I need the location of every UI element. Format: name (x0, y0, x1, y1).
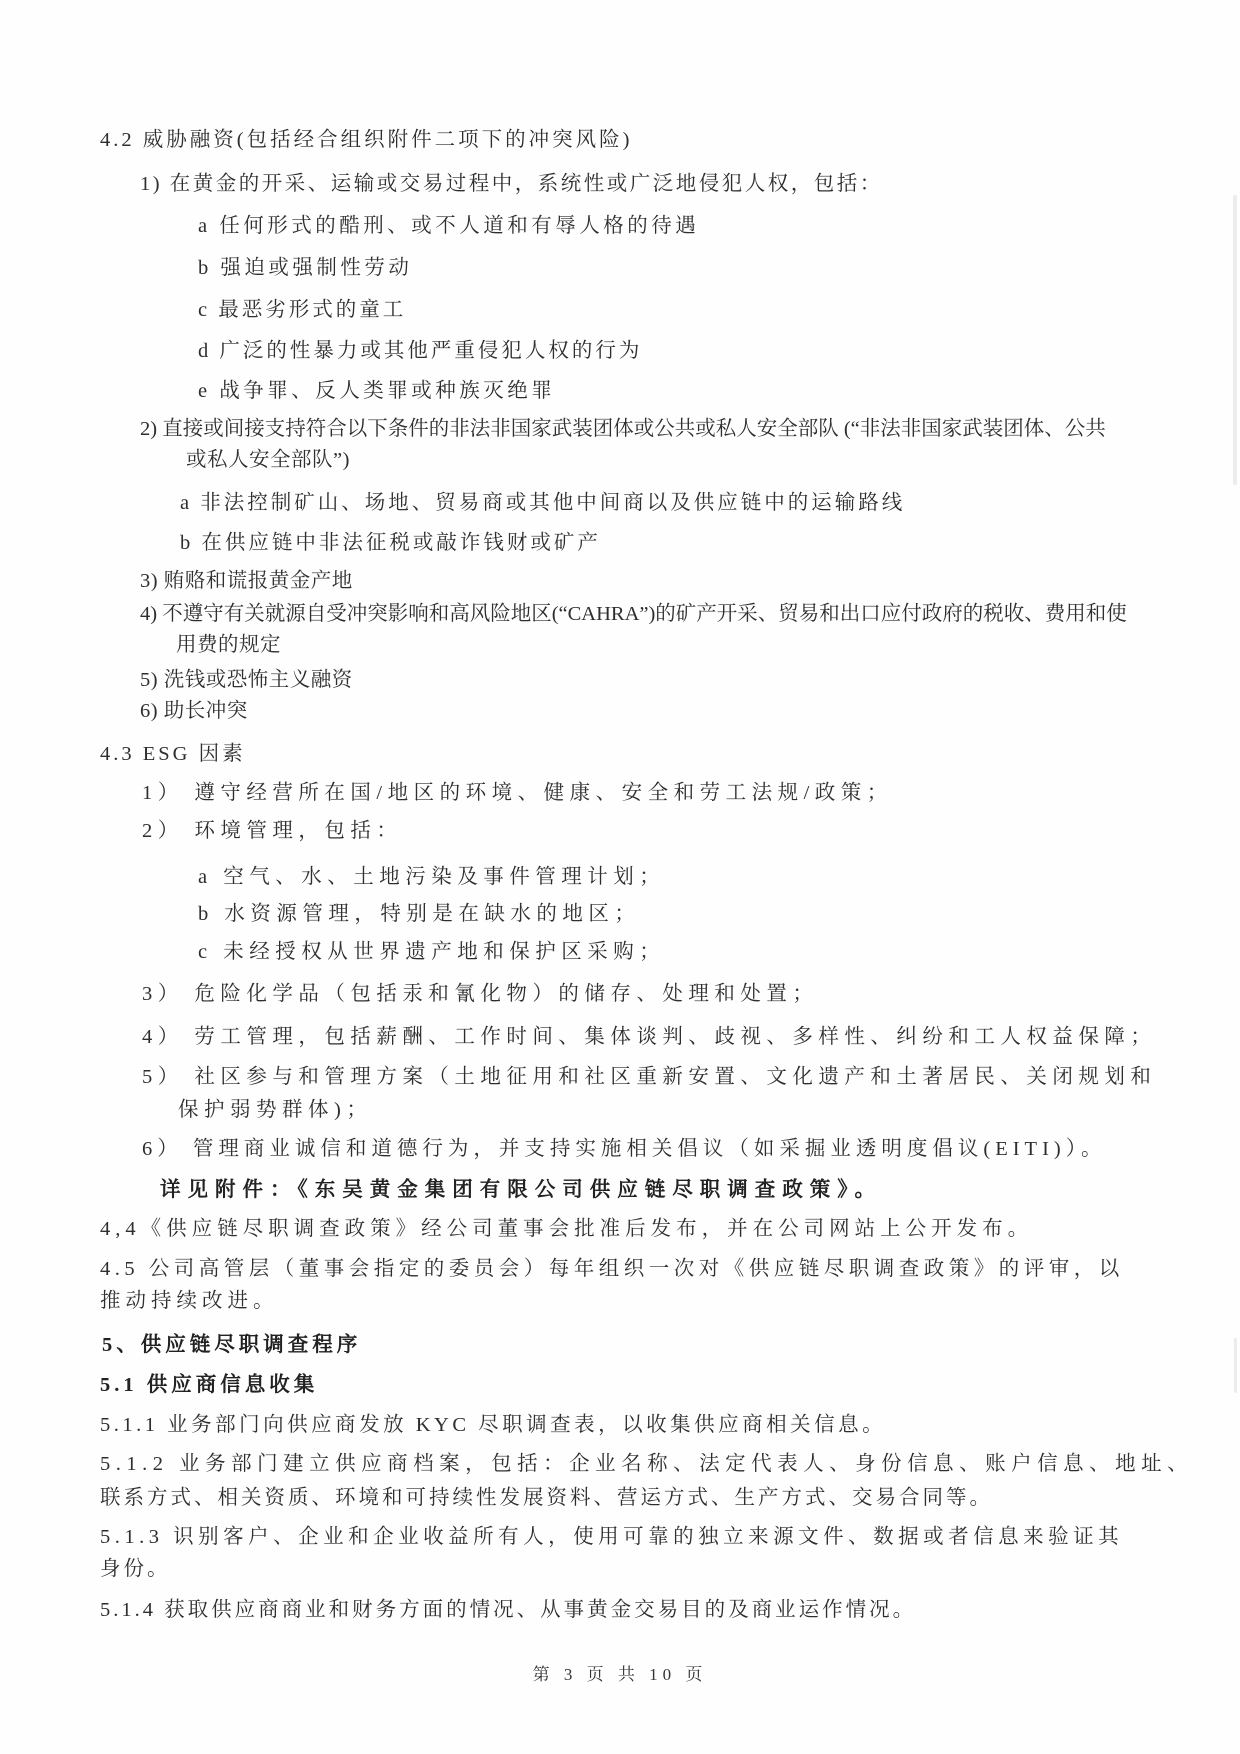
doc-line: 推动持续改进。 (100, 1287, 279, 1315)
document-body: 4.2 威胁融资(包括经合组织附件二项下的冲突风险)1) 在黄金的开采、运输或交… (0, 0, 1240, 1754)
doc-line: 4,4《供应链尽职调查政策》经公司董事会批准后发布，并在公司网站上公开发布。 (100, 1215, 1033, 1243)
doc-line: c 最恶劣形式的童工 (198, 296, 406, 324)
doc-line: 4) 不遵守有关就源自受冲突影响和高风险地区(“CAHRA”)的矿产开采、贸易和… (140, 600, 1127, 628)
doc-line: 保护弱势群体)； (178, 1096, 372, 1124)
doc-line: b 强迫或强制性劳动 (198, 254, 412, 282)
doc-line: 5.1.1 业务部门向供应商发放 KYC 尽职调查表，以收集供应商相关信息。 (100, 1411, 886, 1439)
doc-line: 3) 贿赂和谎报黄金产地 (140, 567, 353, 595)
doc-line: c 未经授权从世界遗产地和保护区采购； (198, 938, 665, 966)
doc-line: 4.2 威胁融资(包括经合组织附件二项下的冲突风险) (100, 126, 632, 154)
doc-line: 4） 劳工管理，包括薪酬、工作时间、集体谈判、歧视、多样性、纠纷和工人权益保障； (142, 1023, 1156, 1051)
doc-line: a 非法控制矿山、场地、贸易商或其他中间商以及供应链中的运输路线 (180, 489, 905, 517)
doc-line: 5.1.3 识别客户、企业和企业收益所有人，使用可靠的独立来源文件、数据或者信息… (100, 1523, 1123, 1551)
scan-artifact (1233, 195, 1237, 485)
doc-line: 5.1 供应商信息收集 (100, 1371, 318, 1399)
document-page: 4.2 威胁融资(包括经合组织附件二项下的冲突风险)1) 在黄金的开采、运输或交… (0, 0, 1240, 1754)
page-number: 第 3 页 共 10 页 (533, 1665, 708, 1684)
doc-line: 4.5 公司高管层（董事会指定的委员会）每年组织一次对《供应链尽职调查政策》的评… (100, 1255, 1124, 1283)
doc-line: 5.1.2 业务部门建立供应商档案，包括：企业名称、法定代表人、身份信息、账户信… (100, 1450, 1193, 1478)
doc-line: 详见附件：《东吴黄金集团有限公司供应链尽职调查政策》。 (160, 1176, 882, 1204)
doc-line: a 任何形式的酷刑、或不人道和有辱人格的待遇 (198, 212, 699, 240)
doc-line: 6) 助长冲突 (140, 697, 248, 725)
doc-line: 5.1.4 获取供应商商业和财务方面的情况、从事黄金交易目的及商业运作情况。 (100, 1596, 916, 1624)
page-footer: 第 3 页 共 10 页 (0, 1660, 1240, 1685)
doc-line: a 空气、水、土地污染及事件管理计划； (198, 863, 665, 891)
doc-line: 用费的规定 (176, 631, 281, 659)
doc-line: 5、供应链尽职调查程序 (102, 1331, 361, 1359)
doc-line: 身份。 (100, 1555, 171, 1583)
doc-line: d 广泛的性暴力或其他严重侵犯人权的行为 (198, 337, 642, 365)
doc-line: 联系方式、相关资质、环境和可持续性发展资料、营运方式、生产方式、交易合同等。 (100, 1484, 993, 1512)
scan-artifact (1234, 1338, 1237, 1393)
doc-line: b 水资源管理，特别是在缺水的地区； (198, 900, 640, 928)
doc-line: e 战争罪、反人类罪或种族灭绝罪 (198, 377, 555, 405)
doc-line: 2） 环境管理，包括： (142, 817, 402, 845)
doc-line: 2) 直接或间接支持符合以下条件的非法非国家武装团体或公共或私人安全部队 (“非… (140, 415, 1106, 443)
doc-line: 5) 洗钱或恐怖主义融资 (140, 666, 353, 694)
doc-line: 5） 社区参与和管理方案（土地征用和社区重新安置、文化遗产和土著居民、关闭规划和 (142, 1063, 1156, 1091)
doc-line: b 在供应链中非法征税或敲诈钱财或矿产 (180, 529, 601, 557)
doc-line: 1） 遵守经营所在国/地区的环境、健康、安全和劳工法规/政策； (142, 779, 893, 807)
doc-line: 4.3 ESG 因素 (100, 740, 246, 768)
doc-line: 6） 管理商业诚信和道德行为，并支持实施相关倡议（如采掘业透明度倡议(EITI)… (142, 1135, 1106, 1163)
doc-line: 或私人安全部队”) (186, 446, 350, 474)
doc-line: 1) 在黄金的开采、运输或交易过程中，系统性或广泛地侵犯人权，包括： (140, 170, 883, 198)
doc-line: 3） 危险化学品（包括汞和氰化物）的储存、处理和处置； (142, 980, 818, 1008)
